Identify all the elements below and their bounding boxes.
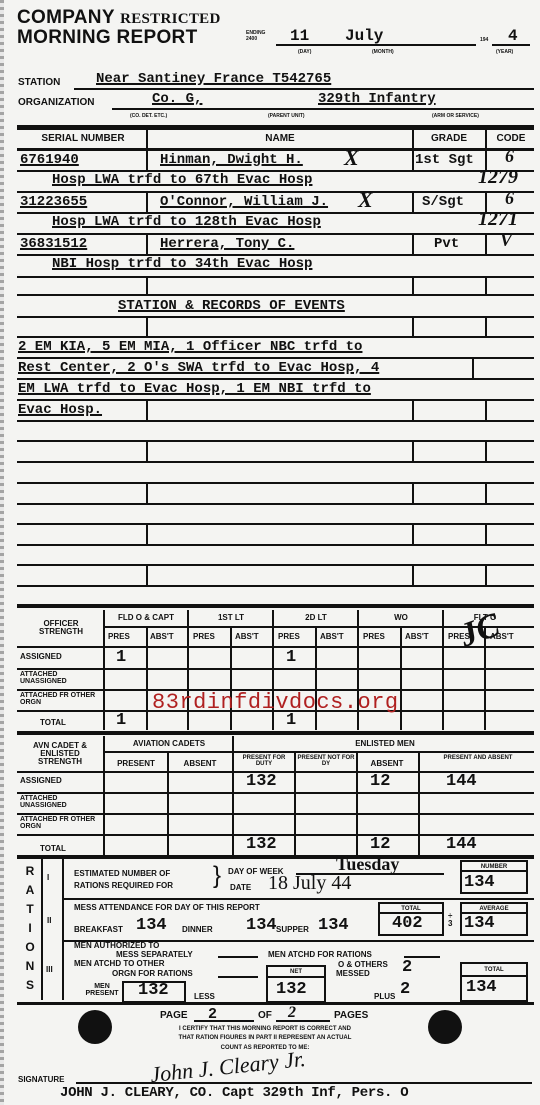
- title-company: COMPANY: [17, 7, 114, 28]
- rule: [266, 976, 326, 978]
- col-divider: [146, 441, 148, 461]
- check-mark: X: [358, 187, 373, 213]
- col-divider: [103, 736, 105, 856]
- enlisted-value: 12: [370, 835, 390, 854]
- col-divider: [442, 610, 444, 730]
- col-divider: [294, 752, 296, 856]
- col-divider: [146, 128, 148, 148]
- average-value: 134: [464, 914, 495, 933]
- row-label-assigned: ASSIGNED: [20, 777, 62, 785]
- col-divider: [146, 524, 148, 544]
- men-present-value: 132: [138, 981, 169, 1000]
- rations-side-label: R A T I O N S: [22, 862, 38, 995]
- breakfast-value: 134: [136, 916, 167, 935]
- rule: [17, 503, 534, 505]
- row-label-total: TOTAL: [40, 845, 66, 853]
- rule: [17, 668, 534, 670]
- col-divider: [418, 752, 420, 856]
- side-letter: R: [22, 862, 38, 881]
- rule: [17, 544, 534, 546]
- col-divider: [146, 628, 148, 730]
- side-letter: A: [22, 881, 38, 900]
- atchd-rations-label: MEN ATCHD FOR RATIONS: [268, 951, 372, 959]
- pages-value: 2: [288, 1004, 296, 1022]
- col-divider: [485, 483, 487, 503]
- signature-line: [76, 1082, 532, 1084]
- check-mark: X: [344, 145, 359, 171]
- row-label-attached-unassigned: ATTACHED UNASSIGNED: [20, 671, 100, 685]
- caption-arm: (ARM OR SERVICE): [432, 113, 479, 119]
- col-divider: [485, 400, 487, 420]
- remark-code: 1279: [478, 166, 518, 189]
- day-caption: (DAY): [298, 49, 311, 55]
- other-underline: [218, 970, 258, 978]
- caption-parent: (PARENT UNIT): [268, 113, 305, 119]
- organization-label: ORGANIZATION: [18, 97, 94, 108]
- rule: [17, 646, 534, 648]
- group-aviation-cadets: AVIATION CADETS: [106, 740, 232, 748]
- dinner-value: 134: [246, 916, 277, 935]
- col-divider: [146, 483, 148, 503]
- rule: [17, 440, 534, 442]
- remark-code: 1271: [478, 208, 518, 231]
- col-present-for-duty: PRESENT FOR DUTY: [236, 755, 292, 767]
- form-title-line1: COMPANY RESTRICTED: [17, 8, 221, 29]
- plus-value: 2: [400, 980, 410, 999]
- total-value: 402: [392, 914, 423, 933]
- estimated-label-2: RATIONS REQUIRED FOR: [74, 882, 173, 890]
- section-roman-1: I: [47, 874, 49, 882]
- rule: [17, 420, 534, 422]
- rule: [17, 316, 534, 318]
- auth-label-1: MEN AUTHORIZED TO: [74, 942, 159, 950]
- rule: [17, 813, 534, 815]
- auth-label-2: MESS SEPARATELY: [116, 951, 193, 959]
- rule: [17, 378, 534, 380]
- rule: [460, 870, 528, 872]
- col-divider: [412, 524, 414, 544]
- col-divider: [485, 128, 487, 148]
- remark: Hosp LWA trfd to 67th Evac Hosp: [52, 172, 312, 188]
- code: 6: [505, 188, 514, 209]
- year-prefix: 194: [480, 37, 488, 43]
- binder-hole-right: [428, 1010, 462, 1044]
- atchd-underline: [404, 950, 440, 958]
- organization-company: Co. G,: [152, 91, 202, 107]
- col-divider: [485, 318, 487, 336]
- morning-report-document: COMPANY RESTRICTED MORNING REPORT ENDING…: [0, 0, 540, 1105]
- remark: NBI Hosp trfd to 34th Evac Hosp: [52, 256, 312, 272]
- row-label-assigned: ASSIGNED: [20, 653, 62, 661]
- col-divider: [412, 483, 414, 503]
- auth-underline: [218, 950, 258, 958]
- page-underline: [194, 1006, 254, 1022]
- pages-underline: [276, 1006, 330, 1022]
- rule: [460, 975, 528, 977]
- net-label: NET: [268, 969, 324, 975]
- supper-value: 134: [318, 916, 349, 935]
- col-serial-number: SERIAL NUMBER: [28, 133, 138, 144]
- breakfast-label: BREAKFAST: [74, 926, 123, 934]
- col-divider: [62, 858, 64, 1000]
- rule: [17, 1002, 534, 1005]
- row-label-total: TOTAL: [40, 719, 66, 727]
- col-cadet-present: PRESENT: [106, 760, 166, 768]
- event-line: EM LWA trfd to Evac Hosp, 1 EM NBI trfd …: [18, 381, 371, 397]
- row-label-attached-other: ATTACHED FR OTHER ORGN: [20, 692, 100, 706]
- col-divider: [485, 441, 487, 461]
- binder-hole-left: [78, 1010, 112, 1044]
- col-divider: [485, 277, 487, 295]
- brace: }: [213, 864, 221, 888]
- group-2d-lt: 2D LT: [275, 614, 357, 622]
- subcol-abst: ABS'T: [320, 633, 344, 641]
- col-divider: [412, 441, 414, 461]
- rule: [17, 276, 534, 278]
- others-label-2: MESSED: [336, 970, 370, 978]
- report-year: 4: [508, 27, 518, 45]
- rule: [17, 336, 534, 338]
- form-title-line2: MORNING REPORT: [17, 28, 197, 48]
- col-enlisted-absent: ABSENT: [358, 760, 416, 768]
- col-divider: [146, 277, 148, 295]
- col-divider: [146, 318, 148, 336]
- rule: [17, 585, 534, 587]
- watermark: 83rdinfdivdocs.org: [152, 690, 399, 715]
- other-label-1: MEN ATCHD TO OTHER: [74, 960, 165, 968]
- group-enlisted-men: ENLISTED MEN: [236, 740, 534, 748]
- title-restricted: RESTRICTED: [120, 11, 221, 27]
- pages-label: PAGES: [334, 1010, 368, 1021]
- rule: [17, 523, 534, 525]
- rule: [17, 731, 534, 735]
- enlisted-value: 144: [446, 772, 477, 791]
- side-letter: I: [22, 919, 38, 938]
- row-label-attached-unassigned: ATTACHED UNASSIGNED: [20, 795, 100, 809]
- person-name: Herrera, Tony C.: [160, 236, 294, 252]
- scan-edge: [0, 0, 4, 1105]
- col-present-and-absent: PRESENT AND ABSENT: [440, 755, 516, 761]
- rations-total-label: TOTAL: [462, 967, 526, 973]
- date-value: 18 July 44: [268, 872, 351, 895]
- side-letter: S: [22, 976, 38, 995]
- col-divider: [485, 565, 487, 585]
- less-label: LESS: [194, 993, 215, 1001]
- code: V: [500, 230, 512, 251]
- col-code: CODE: [488, 133, 534, 144]
- col-divider: [412, 277, 414, 295]
- col-divider: [412, 150, 414, 170]
- grade: 1st Sgt: [415, 152, 474, 168]
- col-divider: [472, 358, 474, 378]
- rule: [17, 148, 534, 151]
- col-divider: [412, 565, 414, 585]
- col-divider: [146, 192, 148, 212]
- officer-value: 1: [116, 711, 126, 730]
- rule: [17, 604, 534, 608]
- subcol-pres: PRES: [278, 633, 300, 641]
- enlisted-strength-title: AVN CADET & ENLISTED STRENGTH: [22, 742, 98, 766]
- page-label: PAGE: [160, 1010, 188, 1021]
- rule: [17, 233, 534, 235]
- officer-strength-title: OFFICER STRENGTH: [22, 620, 100, 636]
- serial-number: 31223655: [20, 194, 87, 210]
- officer-value: 1: [286, 648, 296, 667]
- enlisted-value: 144: [446, 835, 477, 854]
- col-divider: [232, 736, 234, 856]
- event-line: Evac Hosp.: [18, 402, 102, 418]
- side-letter: T: [22, 900, 38, 919]
- person-name: Hinman, Dwight H.: [160, 152, 303, 168]
- col-divider: [400, 628, 402, 730]
- officer-value: 1: [116, 648, 126, 667]
- rule: [17, 294, 534, 296]
- page-value: 2: [208, 1006, 217, 1023]
- rule: [17, 125, 534, 130]
- col-divider: [146, 400, 148, 420]
- col-grade: GRADE: [414, 133, 484, 144]
- col-present-not-for-duty: PRESENT NOT FOR DY: [297, 755, 355, 767]
- dinner-label: DINNER: [182, 926, 213, 934]
- rule: [17, 564, 534, 566]
- event-line: Rest Center, 2 O's SWA trfd to Evac Hosp…: [18, 360, 379, 376]
- col-divider: [41, 858, 43, 1000]
- year-caption: (YEAR): [496, 49, 513, 55]
- grade: Pvt: [434, 236, 459, 252]
- subcol-pres: PRES: [363, 633, 385, 641]
- rule: [17, 399, 534, 401]
- net-value: 132: [276, 980, 307, 999]
- estimated-label-1: ESTIMATED NUMBER OF: [74, 870, 170, 878]
- col-divider: [485, 234, 487, 254]
- side-letter: N: [22, 957, 38, 976]
- date-label: DATE: [230, 884, 251, 892]
- event-line: 2 EM KIA, 5 EM MIA, 1 Officer NBC trfd t…: [18, 339, 362, 355]
- enlisted-value: 12: [370, 772, 390, 791]
- code: 6: [505, 146, 514, 167]
- rule: [17, 855, 534, 859]
- rule: [17, 792, 534, 794]
- person-name: O'Connor, William J.: [160, 194, 328, 210]
- report-month: July: [345, 27, 383, 45]
- col-divider: [412, 192, 414, 212]
- remark: Hosp LWA trfd to 128th Evac Hosp: [52, 214, 321, 230]
- col-cadet-absent: ABSENT: [169, 760, 231, 768]
- month-caption: (MONTH): [372, 49, 394, 55]
- subcol-abst: ABS'T: [235, 633, 259, 641]
- rule: [17, 461, 534, 463]
- signature-label: SIGNATURE: [18, 1076, 65, 1084]
- col-divider: [412, 400, 414, 420]
- of-label: OF: [258, 1010, 272, 1021]
- enlisted-value: 132: [246, 835, 277, 854]
- organization-unit: 329th Infantry: [318, 91, 436, 107]
- subcol-pres: PRES: [108, 633, 130, 641]
- enlisted-value: 132: [246, 772, 277, 791]
- side-letter: O: [22, 938, 38, 957]
- subcol-pres: PRES: [193, 633, 215, 641]
- caption-company: (CO. DET. ETC.): [130, 113, 167, 119]
- col-divider: [485, 524, 487, 544]
- other-label-2: ORGN FOR RATIONS: [112, 970, 193, 978]
- grade: S/Sgt: [422, 194, 464, 210]
- section-roman-3: III: [46, 966, 53, 974]
- subcol-abst: ABS'T: [150, 633, 174, 641]
- others-value: 2: [402, 958, 412, 977]
- section-roman-2: II: [47, 917, 51, 925]
- certify-line-2: THAT RATION FIGURES IN PART II REPRESENT…: [130, 1035, 400, 1041]
- report-day: 11: [290, 27, 309, 45]
- mess-attendance-label: MESS ATTENDANCE FOR DAY OF THIS REPORT: [74, 904, 260, 912]
- group-1st-lt: 1ST LT: [190, 614, 272, 622]
- ending-label-2: 2400: [246, 36, 265, 42]
- rule: [17, 191, 534, 193]
- ending-label: ENDING 2400: [246, 30, 265, 42]
- serial-number: 6761940: [20, 152, 79, 168]
- row-label-attached-other: ATTACHED FR OTHER ORGN: [20, 816, 100, 830]
- others-label-1: O & OTHERS: [338, 961, 388, 969]
- rations-total-value: 134: [466, 978, 497, 997]
- serial-number: 36831512: [20, 236, 87, 252]
- station-label: STATION: [18, 77, 60, 88]
- col-divider: [412, 234, 414, 254]
- col-name: NAME: [150, 133, 410, 144]
- events-heading: STATION & RECORDS OF EVENTS: [118, 298, 345, 314]
- col-divider: [412, 318, 414, 336]
- subcol-abst: ABS'T: [405, 633, 429, 641]
- plus-label: PLUS: [374, 993, 395, 1001]
- station-value: Near Santiney France T542765: [96, 71, 331, 87]
- divide-by: ÷ 3: [448, 912, 458, 928]
- supper-label: SUPPER: [276, 926, 309, 934]
- signer-name-line: JOHN J. CLEARY, CO. Capt 329th Inf, Pers…: [60, 1085, 408, 1101]
- group-wo: WO: [360, 614, 442, 622]
- men-present-label: MEN PRESENT: [84, 983, 120, 997]
- col-divider: [103, 610, 105, 730]
- rule: [62, 898, 534, 900]
- rule: [17, 482, 534, 484]
- rule: [17, 357, 534, 359]
- col-divider: [146, 234, 148, 254]
- col-divider: [146, 565, 148, 585]
- certify-line-1: I CERTIFY THAT THIS MORNING REPORT IS CO…: [130, 1026, 400, 1032]
- col-divider: [412, 128, 414, 148]
- group-fld-capt: FLD O & CAPT: [106, 614, 186, 622]
- col-divider: [146, 150, 148, 170]
- number-value: 134: [464, 873, 495, 892]
